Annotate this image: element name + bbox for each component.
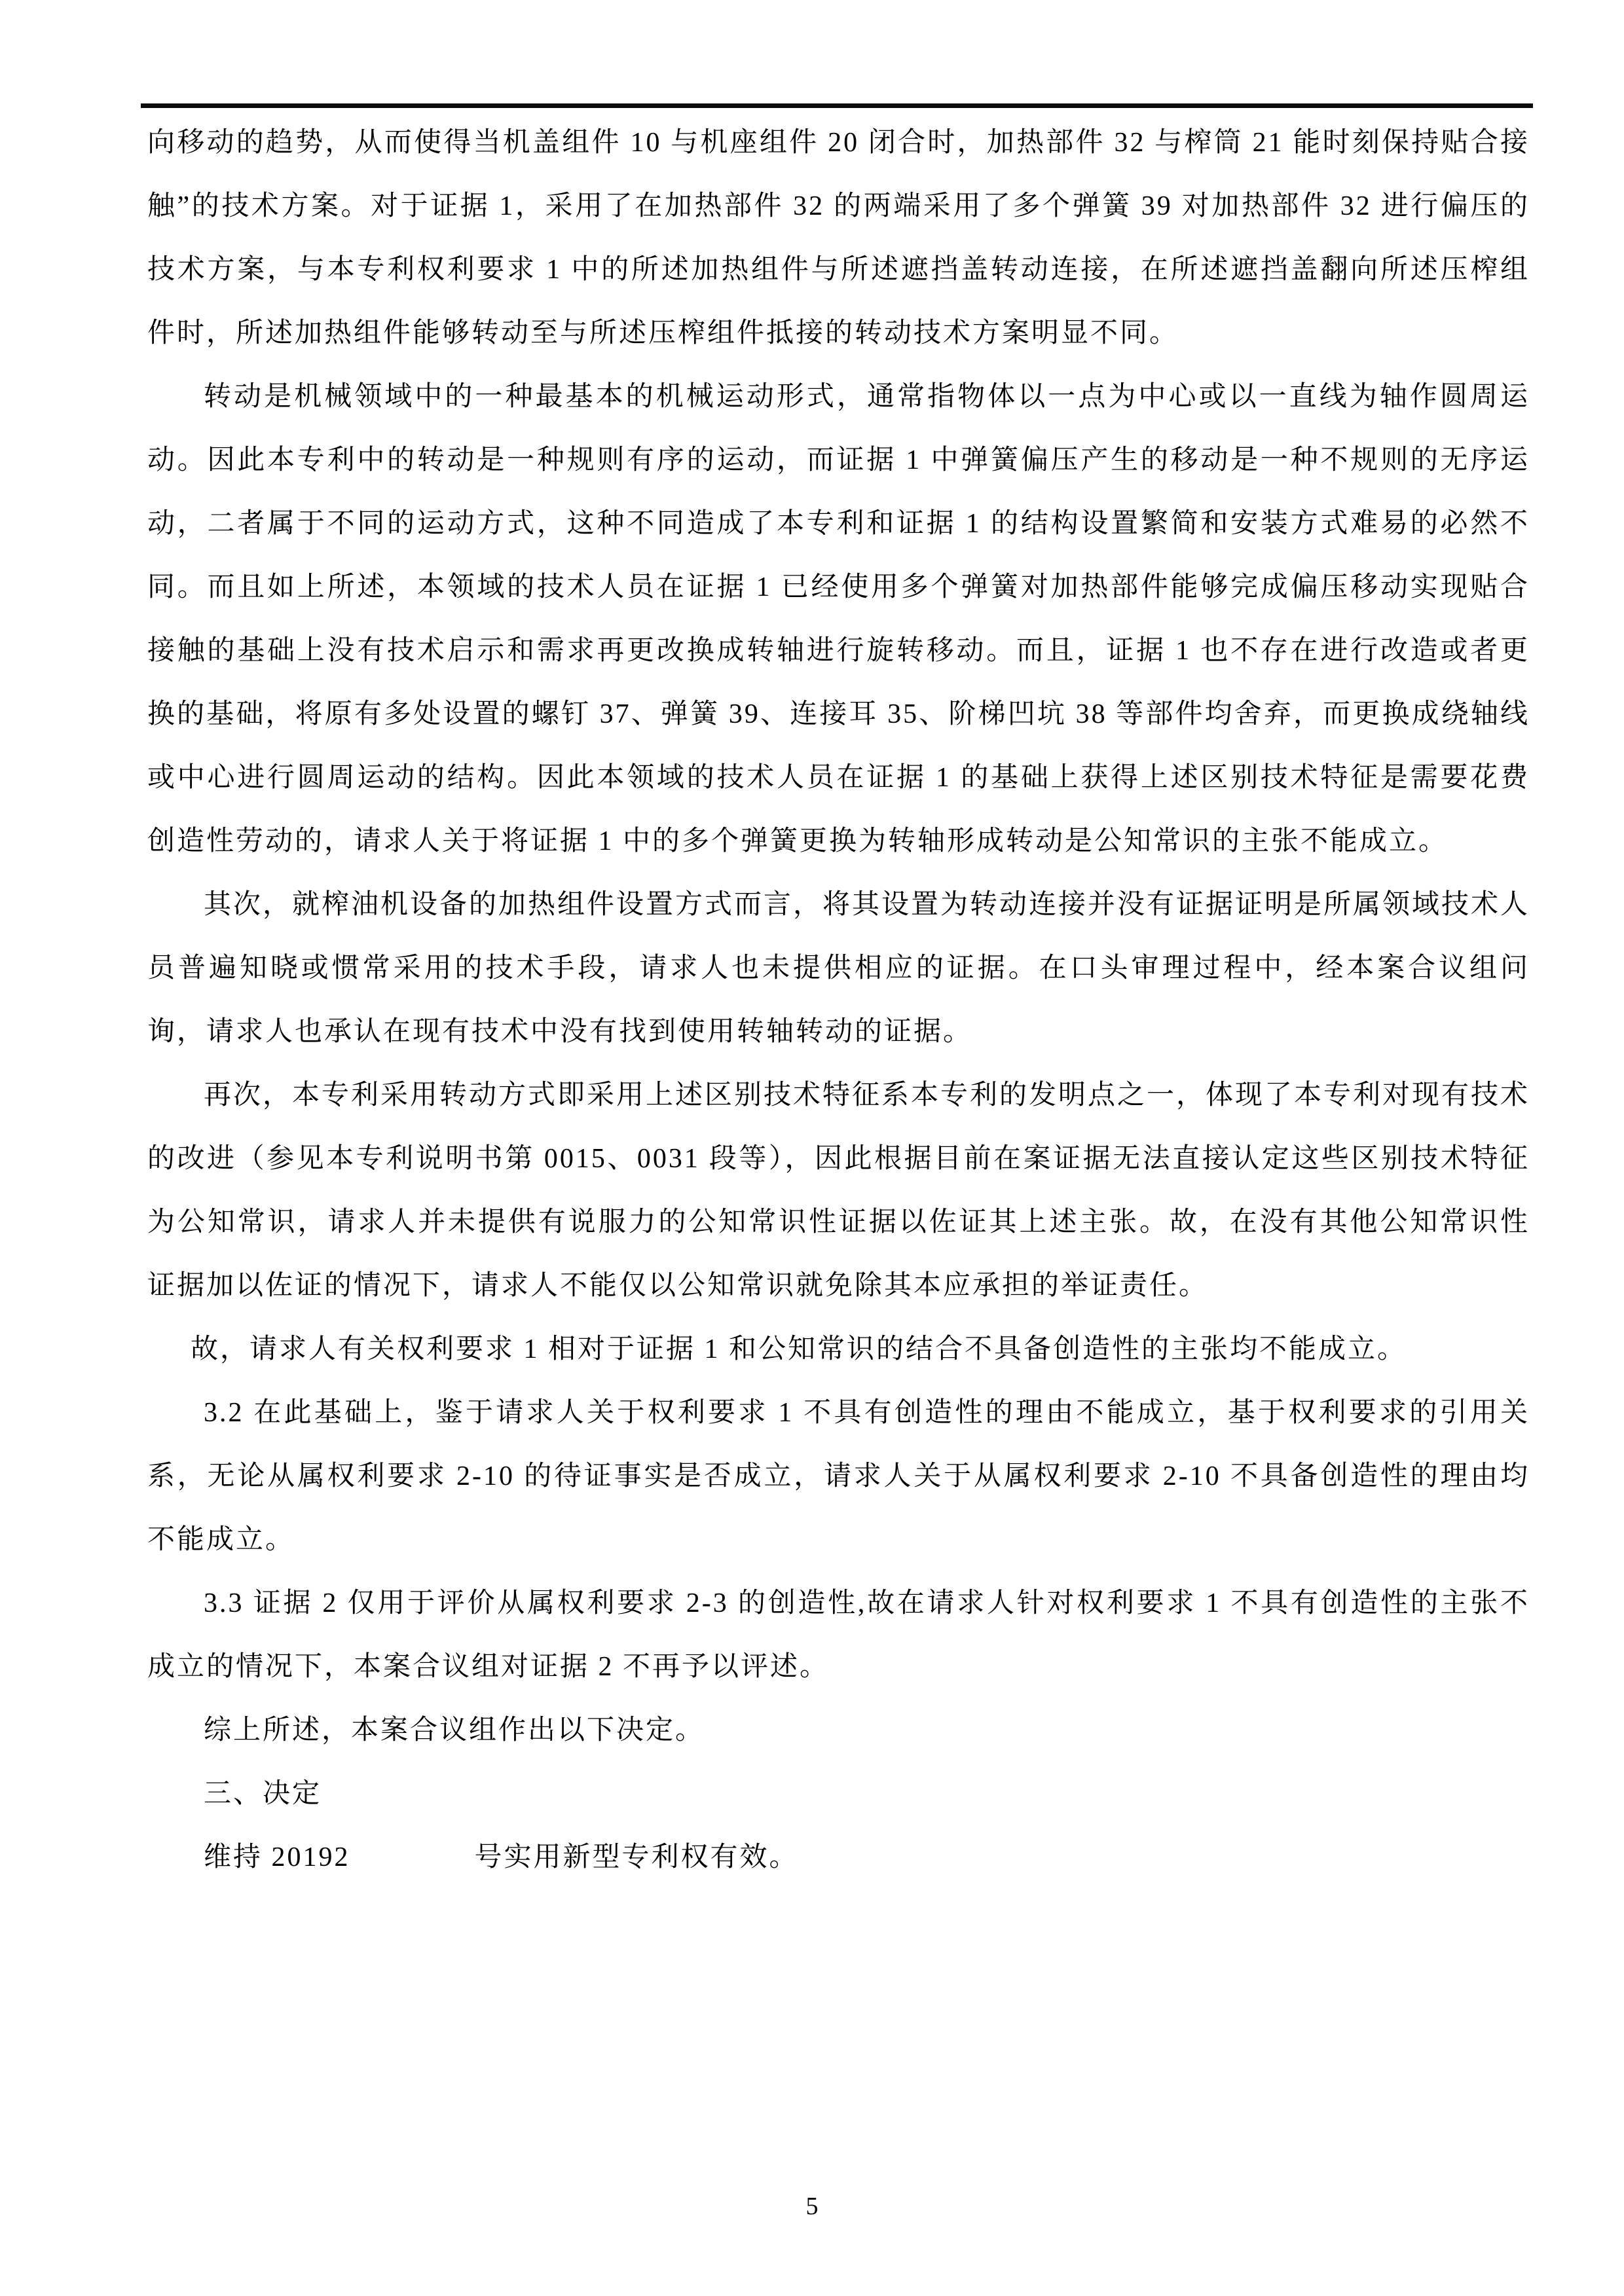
paragraph-3-3: 3.3 证据 2 仅用于评价从属权利要求 2-3 的创造性,故在请求人针对权利要… — [147, 1572, 1530, 1699]
paragraph-conclusion-claim1: 故，请求人有关权利要求 1 相对于证据 1 和公知常识的结合不具备创造性的主张均… — [147, 1318, 1530, 1381]
paragraph-3-2: 3.2 在此基础上，鉴于请求人关于权利要求 1 不具有创造性的理由不能成立，基于… — [147, 1381, 1530, 1572]
paragraph-continuation: 向移动的趋势，从而使得当机盖组件 10 与机座组件 20 闭合时，加热部件 32… — [147, 111, 1530, 365]
header-divider — [141, 103, 1533, 108]
document-body: 向移动的趋势，从而使得当机盖组件 10 与机座组件 20 闭合时，加热部件 32… — [147, 111, 1530, 1889]
decision-suffix: 号实用新型专利权有效。 — [475, 1842, 799, 1872]
decision-prefix: 维持 20192 — [204, 1842, 350, 1872]
paragraph-rotation-argument: 转动是机械领域中的一种最基本的机械运动形式，通常指物体以一点为中心或以一直线为轴… — [147, 365, 1530, 873]
paragraph-secondly: 其次，就榨油机设备的加热组件设置方式而言，将其设置为转动连接并没有证据证明是所属… — [147, 873, 1530, 1064]
paragraph-thirdly: 再次，本专利采用转动方式即采用上述区别技术特征系本专利的发明点之一，体现了本专利… — [147, 1064, 1530, 1318]
page-number: 5 — [0, 2192, 1624, 2221]
decision-line: 维持 20192号实用新型专利权有效。 — [147, 1826, 1530, 1889]
redacted-patent-number-gap — [350, 1865, 475, 1866]
section-heading-decision: 三、决定 — [147, 1762, 1530, 1826]
patent-decision-page: 向移动的趋势，从而使得当机盖组件 10 与机座组件 20 闭合时，加热部件 32… — [0, 0, 1624, 2296]
paragraph-summary: 综上所述，本案合议组作出以下决定。 — [147, 1699, 1530, 1762]
